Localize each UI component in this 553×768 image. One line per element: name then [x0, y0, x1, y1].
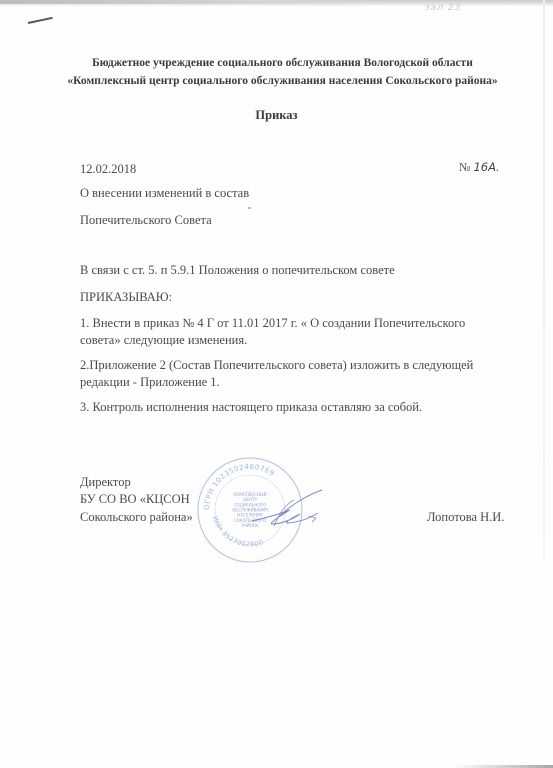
- subject-line-1: О внесении изменений в состав: [80, 186, 249, 201]
- header-line-2: «Комплексный центр социального обслужива…: [60, 72, 505, 90]
- scan-right-edge: [543, 0, 545, 560]
- document-title: Приказ: [0, 108, 553, 123]
- subject-line-2: Попечительского Совета: [80, 213, 212, 228]
- header-line-1: Бюджетное учреждение социального обслужи…: [60, 54, 505, 72]
- pen-mark: [28, 17, 53, 24]
- scan-speck: [248, 207, 251, 209]
- item-2-line-1: 2.Приложение 2 (Состав Попечительского с…: [80, 358, 473, 373]
- item-2-line-2: редакции - Приложение 1.: [80, 375, 220, 390]
- signature-position: Директор: [80, 475, 131, 490]
- item-1-line-2: совета» следующие изменения.: [80, 333, 247, 348]
- signature-org-line-2: Сокольского района»: [80, 510, 193, 525]
- order-date: 12.02.2018: [80, 162, 136, 177]
- signature-org-line-1: БУ СО ВО «КЦСОН: [80, 492, 190, 507]
- order-number: № 16А.: [459, 160, 500, 175]
- basis-text: В связи с ст. 5. п 5.9.1 Положения о поп…: [80, 263, 395, 278]
- scan-top-shadow-left: [0, 0, 380, 4]
- item-1-line-1: 1. Внести в приказ № 4 Г от 11.01 2017 г…: [80, 316, 465, 331]
- item-3: 3. Контроль исполнения настоящего приказ…: [80, 400, 422, 415]
- order-number-prefix: №: [459, 160, 470, 174]
- order-word: ПРИКАЗЫВАЮ:: [80, 290, 172, 305]
- document-page: зал 23 Бюджетное учреждение социального …: [0, 0, 553, 768]
- signatory-name: Лопотова Н.И.: [427, 510, 504, 525]
- order-number-value: 16А.: [473, 160, 499, 174]
- handwritten-signature: [250, 488, 330, 533]
- archive-note: зал 23: [425, 3, 461, 13]
